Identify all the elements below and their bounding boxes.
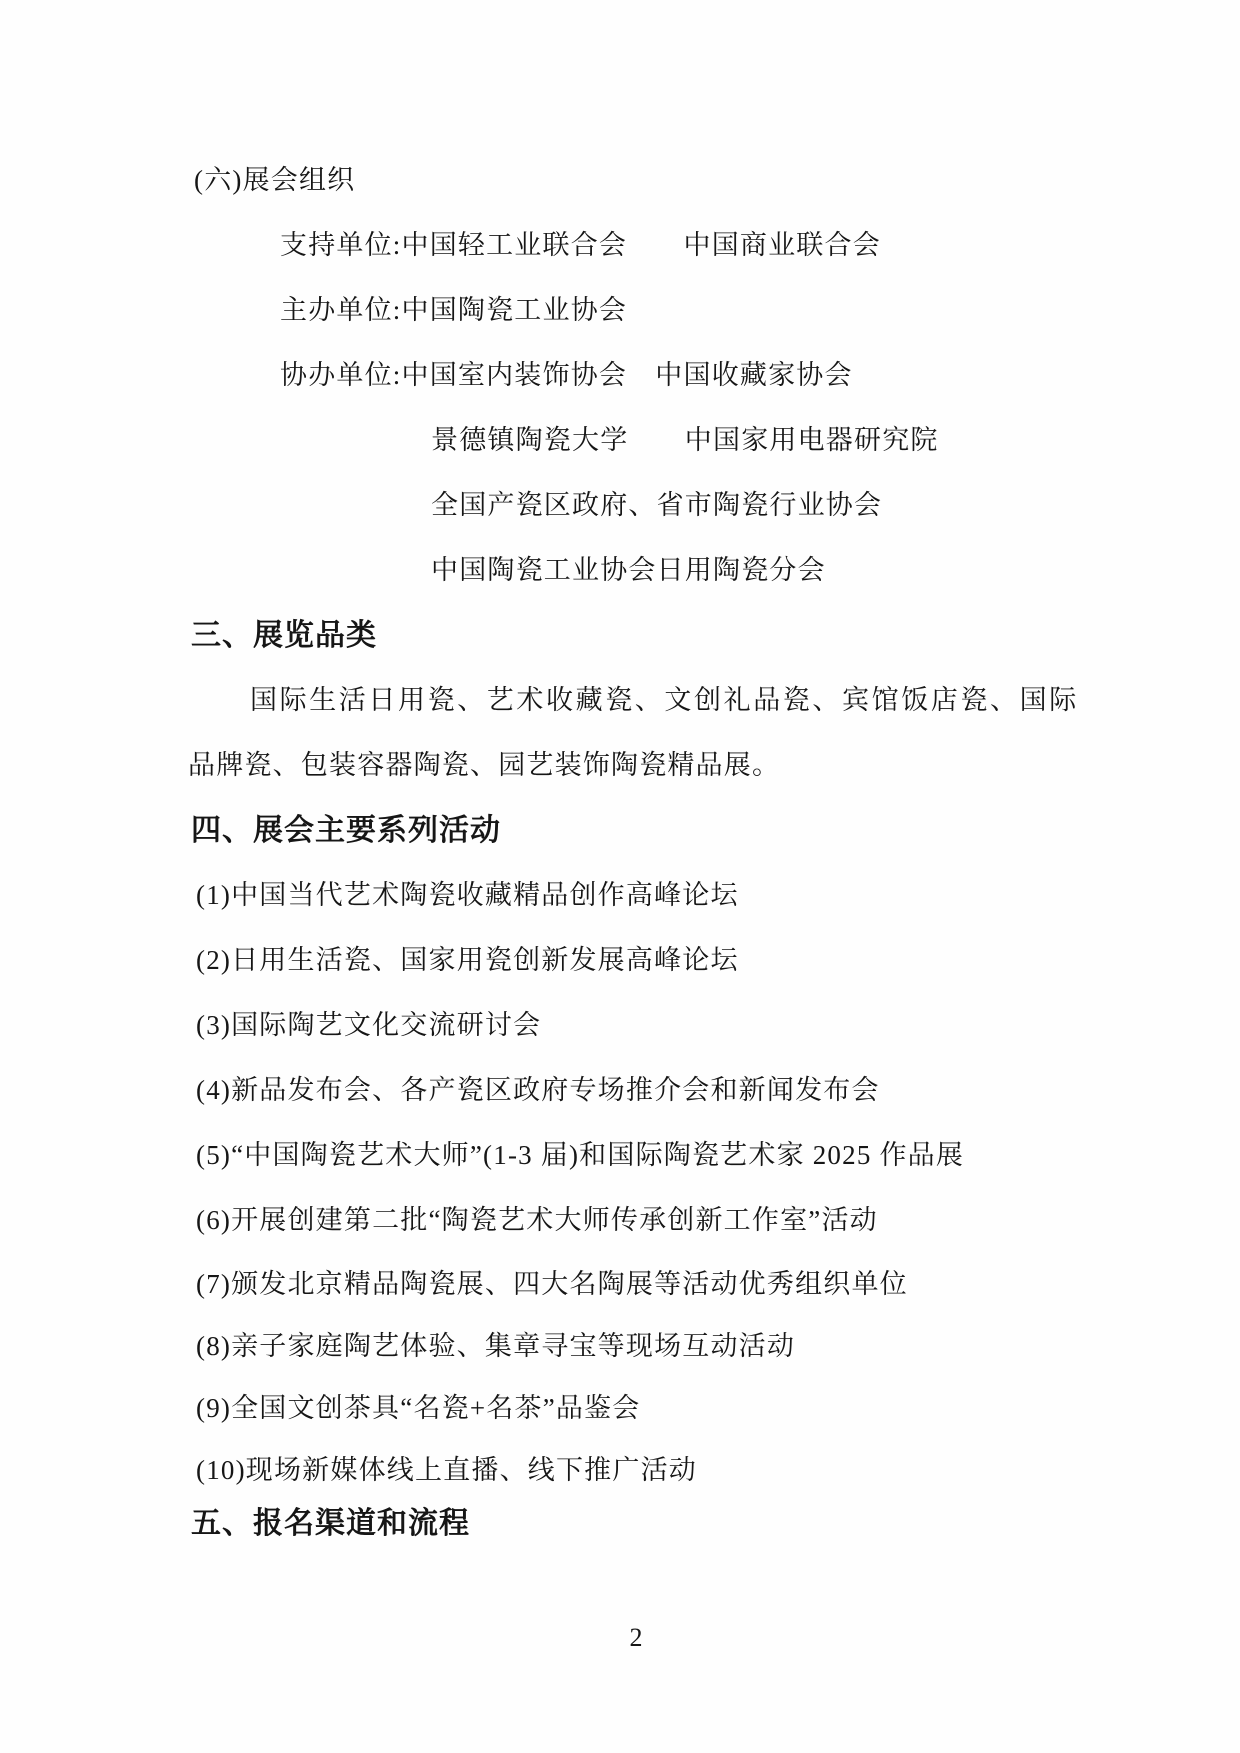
org-label-line: 支持单位:中国轻工业联合会 中国商业联合会 — [0, 213, 1240, 278]
document-page: (六)展会组织支持单位:中国轻工业联合会 中国商业联合会主办单位:中国陶瓷工业协… — [0, 0, 1240, 1753]
list-item-line: (6)开展创建第二批“陶瓷艺术大师传承创新工作室”活动 — [0, 1188, 1240, 1253]
para-line: 品牌瓷、包装容器陶瓷、园艺装饰陶瓷精品展。 — [0, 733, 1240, 798]
list-item-line: (4)新品发布会、各产瓷区政府专场推介会和新闻发布会 — [0, 1058, 1240, 1123]
list-item-line: (9)全国文创茶具“名瓷+名茶”品鉴会 — [0, 1377, 1240, 1439]
document-body: (六)展会组织支持单位:中国轻工业联合会 中国商业联合会主办单位:中国陶瓷工业协… — [0, 148, 1240, 1555]
org-cont-line: 景德镇陶瓷大学 中国家用电器研究院 — [0, 408, 1240, 473]
org-cont-line: 中国陶瓷工业协会日用陶瓷分会 — [0, 538, 1240, 603]
list-item-line: (8)亲子家庭陶艺体验、集章寻宝等现场互动活动 — [0, 1315, 1240, 1377]
org-label-line: 协办单位:中国室内装饰协会 中国收藏家协会 — [0, 343, 1240, 408]
heading-line: 五、报名渠道和流程 — [0, 1493, 1240, 1555]
list-item-line: (1)中国当代艺术陶瓷收藏精品创作高峰论坛 — [0, 863, 1240, 928]
org-cont-line: 全国产瓷区政府、省市陶瓷行业协会 — [0, 473, 1240, 538]
list-item-line: (2)日用生活瓷、国家用瓷创新发展高峰论坛 — [0, 928, 1240, 993]
list-item-line: (7)颁发北京精品陶瓷展、四大名陶展等活动优秀组织单位 — [0, 1253, 1240, 1315]
heading-line: 三、展览品类 — [0, 603, 1240, 668]
para-first-line: 国际生活日用瓷、艺术收藏瓷、文创礼品瓷、宾馆饭店瓷、国际 — [0, 668, 1240, 733]
page-number: 2 — [16, 1618, 1240, 1658]
list-item-line: (5)“中国陶瓷艺术大师”(1-3 届)和国际陶瓷艺术家 2025 作品展 — [0, 1123, 1240, 1188]
heading-line: 四、展会主要系列活动 — [0, 798, 1240, 863]
org-label-line: 主办单位:中国陶瓷工业协会 — [0, 278, 1240, 343]
list-item-line: (3)国际陶艺文化交流研讨会 — [0, 993, 1240, 1058]
sub-heading-line: (六)展会组织 — [0, 148, 1240, 213]
list-item-line: (10)现场新媒体线上直播、线下推广活动 — [0, 1439, 1240, 1501]
